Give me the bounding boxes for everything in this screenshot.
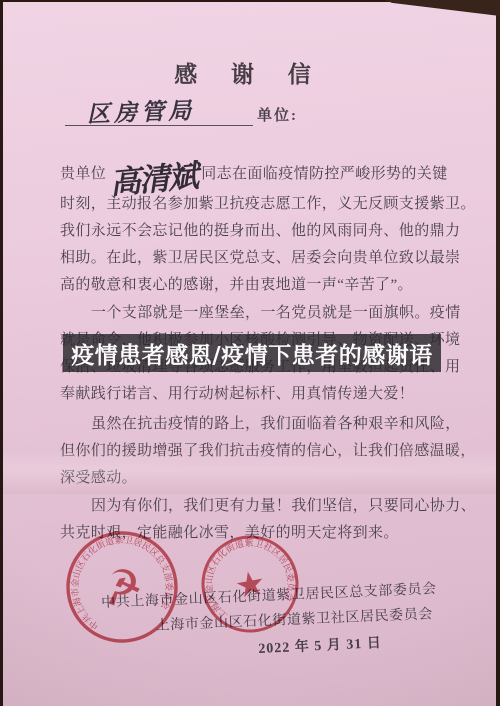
letter-title: 感 谢 信	[3, 56, 496, 89]
handwritten-unit-name: 区房管局	[86, 92, 195, 129]
body-line: 但你们的援助增强了我们抗击疫情的信心，让我们倍感温暖，	[60, 439, 460, 462]
residents-committee-stamp: 上海市金山区石化街道紫卫社区居民委员会 ★	[190, 524, 310, 644]
body-line-first-suffix: 同志在面临疫情防控严峻形势的关键	[201, 160, 447, 183]
photo-of-letter: { "document": { "title": "感 谢 信", "salut…	[0, 0, 500, 706]
body-line: 因为有你们，我们更有力量！我们坚信，只要同心协力、	[60, 494, 491, 517]
salutation-row: 区房管局 单位:	[65, 94, 395, 128]
caption-banner: 疫情患者感恩/疫情下患者的感谢语	[63, 334, 441, 372]
body-line-first: 贵单位 高清斌 同志在面临疫情防控严峻形势的关键	[60, 160, 460, 183]
body-line: 我们永远不会忘记他的挺身而出、他的风雨同舟、他的鼎力	[60, 219, 460, 242]
body-line: 一个支部就是一座堡垒，一名党员就是一面旗帜。疫情	[60, 301, 491, 324]
signature-date: 2022 年 5 月 31 日	[240, 631, 401, 659]
body-line: 高的敬意和衷心的感谢，并由衷地道一声“辛苦了”。	[60, 273, 460, 296]
photo-edge-right	[496, 0, 500, 560]
body-line: 虽然在抗击疫情的路上，我们面临着各种艰辛和风险，	[60, 412, 491, 435]
photo-edge-left	[0, 0, 3, 430]
hammer-sickle-icon: ☭	[95, 556, 148, 618]
body-line-first-prefix: 贵单位	[60, 160, 106, 183]
body-line: 时刻，主动报名参加紫卫抗疫志愿工作，义无反顾支援紫卫。	[60, 192, 460, 215]
body-line: 相助。在此，紫卫居民区党总支、居委会向贵单位致以最崇	[60, 246, 460, 269]
body-line: 奉献践行诺言、用行动树起标杆、用真情传递大爱！	[60, 382, 460, 405]
body-line: 深受感动。	[60, 466, 460, 489]
caption-banner-text: 疫情患者感恩/疫情下患者的感谢语	[71, 337, 432, 370]
star-icon: ★	[232, 563, 269, 608]
unit-label: 单位:	[257, 104, 298, 125]
